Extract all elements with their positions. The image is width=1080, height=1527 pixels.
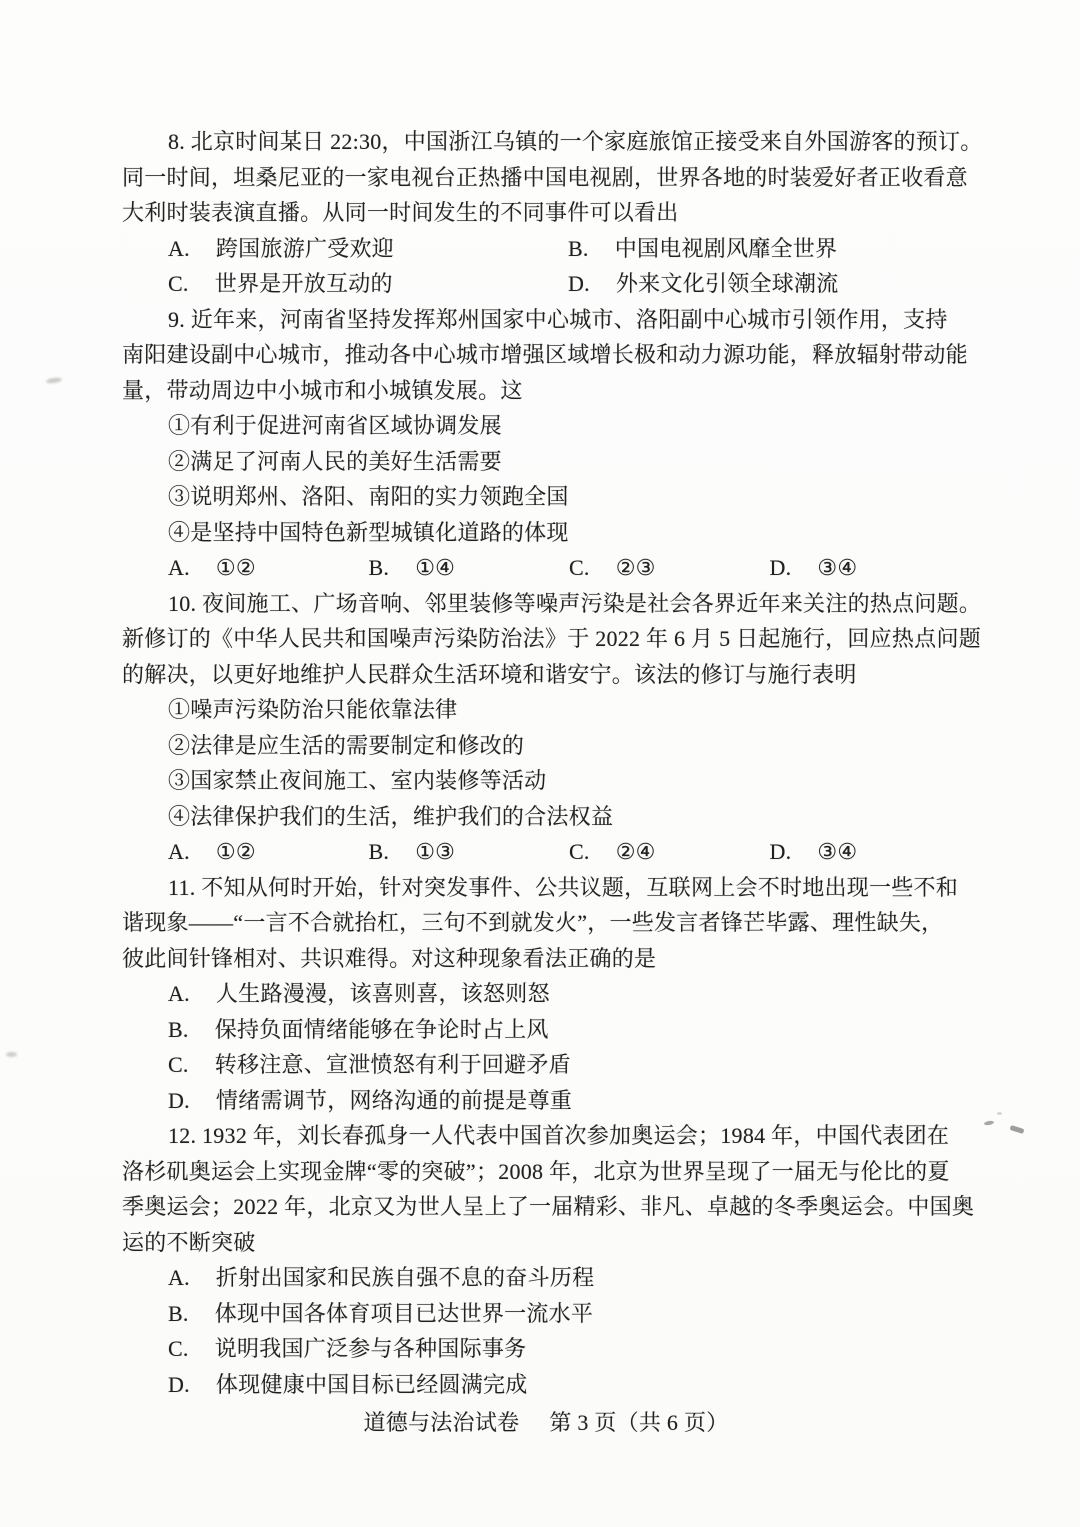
numbered-item-3: ③国家禁止夜间施工、室内装修等活动 (122, 763, 970, 799)
question-stem-line: 9. 近年来，河南省坚持发挥郑州国家中心城市、洛阳副中心城市引领作用，支持 (122, 302, 970, 338)
option-d: D.体现健康中国目标已经圆满完成 (122, 1367, 970, 1403)
option-text: 体现健康中国目标已经圆满完成 (216, 1372, 528, 1397)
option-a: A.折射出国家和民族自强不息的奋斗历程 (122, 1260, 970, 1296)
option-label: A. (168, 231, 190, 267)
numbered-item-4: ④法律保护我们的生活，维护我们的合法权益 (122, 799, 970, 835)
option-text: 外来文化引领全球潮流 (616, 271, 839, 296)
numbered-item-1: ①噪声污染防治只能依靠法律 (122, 692, 970, 728)
option-a: A.人生路漫漫，该喜则喜，该怒则怒 (122, 976, 970, 1012)
option-d: D.外来文化引领全球潮流 (568, 266, 839, 302)
option-label: A. (168, 550, 190, 586)
option-c: C.②④ (569, 834, 770, 870)
option-label: C. (569, 834, 590, 870)
question-stem-line: 的解决，以更好地维护人民群众生活环境和谐安宁。该法的修订与施行表明 (122, 657, 970, 693)
option-label: C. (168, 1047, 189, 1083)
scan-artifact (984, 1120, 995, 1126)
scan-artifact (1010, 1125, 1025, 1134)
numbered-item-1: ①有利于促进河南省区域协调发展 (122, 408, 970, 444)
option-a: A.①② (168, 550, 369, 586)
page-content: 8. 北京时间某日 22:30，中国浙江乌镇的一个家庭旅馆正接受来自外国游客的预… (122, 124, 970, 1438)
footer-paper-title: 道德与法治试卷 (364, 1410, 520, 1435)
question-stem-line: 11. 不知从何时开始，针对突发事件、公共议题，互联网上会不时地出现一些不和 (122, 870, 970, 906)
page-footer: 道德与法治试卷第 3 页（共 6 页） (122, 1408, 970, 1438)
option-label: A. (168, 976, 190, 1012)
option-b: B.保持负面情绪能够在争论时占上风 (122, 1012, 970, 1048)
option-text: 人生路漫漫，该喜则喜，该怒则怒 (216, 981, 550, 1006)
option-d: D.③④ (770, 834, 971, 870)
scan-artifact (6, 1052, 17, 1057)
options-row: A.①② B.①③ C.②④ D.③④ (122, 834, 970, 870)
question-stem-line: 谐现象——“一言不合就抬杠，三句不到就发火”，一些发言者锋芒毕露、理性缺失， (122, 905, 970, 941)
option-label: B. (568, 231, 589, 267)
question-stem-line: 同一时间，坦桑尼亚的一家电视台正热播中国电视剧，世界各地的时装爱好者正收看意 (122, 160, 970, 196)
option-c: C.说明我国广泛参与各种国际事务 (122, 1331, 970, 1367)
scan-artifact (997, 1112, 1002, 1115)
option-c: C.②③ (569, 550, 770, 586)
option-d: D.情绪需调节，网络沟通的前提是尊重 (122, 1083, 970, 1119)
numbered-item-4: ④是坚持中国特色新型城镇化道路的体现 (122, 515, 970, 551)
options-row: A.跨国旅游广受欢迎 B.中国电视剧风靡全世界 (122, 231, 970, 267)
option-label: C. (168, 266, 189, 302)
option-text: 说明我国广泛参与各种国际事务 (215, 1336, 527, 1361)
option-text: 保持负面情绪能够在争论时占上风 (215, 1017, 549, 1042)
scan-artifact (46, 377, 63, 384)
question-stem-line: 南阳建设副中心城市，推动各中心城市增强区域增长极和动力源功能，释放辐射带动能 (122, 337, 970, 373)
option-label: D. (770, 550, 792, 586)
option-b: B.①③ (369, 834, 570, 870)
exam-paper-page: 8. 北京时间某日 22:30，中国浙江乌镇的一个家庭旅馆正接受来自外国游客的预… (0, 0, 1080, 1527)
option-label: D. (770, 834, 792, 870)
question-9: 9. 近年来，河南省坚持发挥郑州国家中心城市、洛阳副中心城市引领作用，支持 南阳… (122, 302, 970, 586)
question-stem-line: 8. 北京时间某日 22:30，中国浙江乌镇的一个家庭旅馆正接受来自外国游客的预… (122, 124, 970, 160)
option-text: 折射出国家和民族自强不息的奋斗历程 (216, 1265, 594, 1290)
option-b: B.体现中国各体育项目已达世界一流水平 (122, 1296, 970, 1332)
question-stem-line: 新修订的《中华人民共和国噪声污染防治法》于 2022 年 6 月 5 日起施行，… (122, 621, 970, 657)
question-12: 12. 1932 年，刘长春孤身一人代表中国首次参加奥运会；1984 年，中国代… (122, 1118, 970, 1402)
option-label: C. (168, 1331, 189, 1367)
question-stem-line: 12. 1932 年，刘长春孤身一人代表中国首次参加奥运会；1984 年，中国代… (122, 1118, 970, 1154)
option-a: A.跨国旅游广受欢迎 (168, 231, 568, 267)
option-text: ③④ (817, 839, 857, 864)
option-text: ②③ (616, 555, 656, 580)
option-text: 体现中国各体育项目已达世界一流水平 (215, 1301, 593, 1326)
option-d: D.③④ (770, 550, 971, 586)
option-c: C.世界是开放互动的 (168, 266, 568, 302)
option-label: B. (369, 550, 390, 586)
question-stem-line: 大利时装表演直播。从同一时间发生的不同事件可以看出 (122, 195, 970, 231)
footer-page-number: 第 3 页（共 6 页） (549, 1410, 728, 1435)
numbered-item-2: ②法律是应生活的需要制定和修改的 (122, 728, 970, 764)
question-11: 11. 不知从何时开始，针对突发事件、公共议题，互联网上会不时地出现一些不和 谐… (122, 870, 970, 1119)
option-label: B. (168, 1296, 189, 1332)
option-text: ①② (216, 839, 256, 864)
option-label: C. (569, 550, 590, 586)
option-label: D. (168, 1367, 190, 1403)
question-stem-line: 量，带动周边中小城市和小城镇发展。这 (122, 373, 970, 409)
option-text: 情绪需调节，网络沟通的前提是尊重 (216, 1088, 572, 1113)
option-text: ②④ (616, 839, 656, 864)
question-10: 10. 夜间施工、广场音响、邻里装修等噪声污染是社会各界近年来关注的热点问题。 … (122, 586, 970, 870)
option-text: ①④ (415, 555, 455, 580)
option-text: 中国电视剧风靡全世界 (615, 236, 838, 261)
option-label: A. (168, 1260, 190, 1296)
question-stem-line: 季奥运会；2022 年，北京又为世人呈上了一届精彩、非凡、卓越的冬季奥运会。中国… (122, 1189, 970, 1225)
option-label: A. (168, 834, 190, 870)
option-text: ①② (216, 555, 256, 580)
option-b: B.中国电视剧风靡全世界 (568, 231, 837, 267)
option-label: B. (369, 834, 390, 870)
question-stem-line: 运的不断突破 (122, 1225, 970, 1261)
option-c: C.转移注意、宣泄愤怒有利于回避矛盾 (122, 1047, 970, 1083)
option-text: 世界是开放互动的 (215, 271, 393, 296)
option-text: 跨国旅游广受欢迎 (216, 236, 394, 261)
question-stem-line: 彼此间针锋相对、共识难得。对这种现象看法正确的是 (122, 941, 970, 977)
option-text: ③④ (817, 555, 857, 580)
option-text: 转移注意、宣泄愤怒有利于回避矛盾 (215, 1052, 571, 1077)
numbered-item-2: ②满足了河南人民的美好生活需要 (122, 444, 970, 480)
option-text: ①③ (415, 839, 455, 864)
question-stem-line: 10. 夜间施工、广场音响、邻里装修等噪声污染是社会各界近年来关注的热点问题。 (122, 586, 970, 622)
option-label: B. (168, 1012, 189, 1048)
options-row: A.①② B.①④ C.②③ D.③④ (122, 550, 970, 586)
option-label: D. (168, 1083, 190, 1119)
options-row: C.世界是开放互动的 D.外来文化引领全球潮流 (122, 266, 970, 302)
option-label: D. (568, 266, 590, 302)
numbered-item-3: ③说明郑州、洛阳、南阳的实力领跑全国 (122, 479, 970, 515)
option-b: B.①④ (369, 550, 570, 586)
question-stem-line: 洛杉矶奥运会上实现金牌“零的突破”；2008 年，北京为世界呈现了一届无与伦比的… (122, 1154, 970, 1190)
question-8: 8. 北京时间某日 22:30，中国浙江乌镇的一个家庭旅馆正接受来自外国游客的预… (122, 124, 970, 302)
option-a: A.①② (168, 834, 369, 870)
